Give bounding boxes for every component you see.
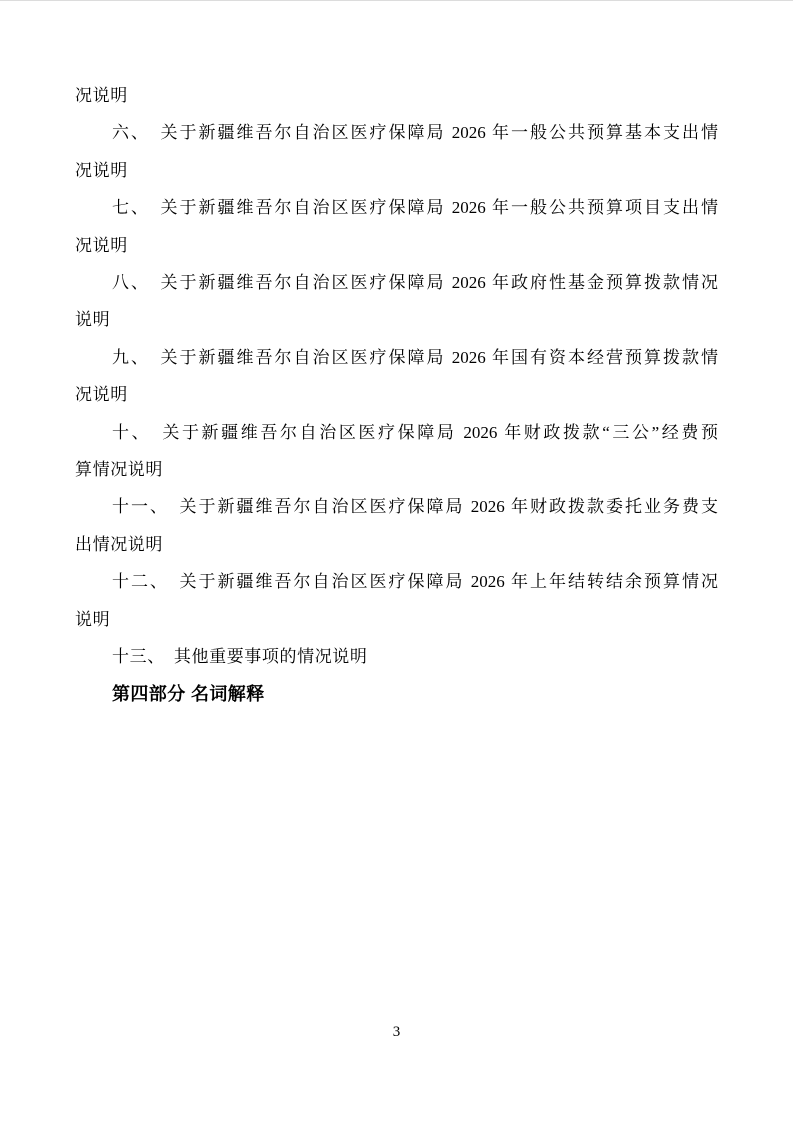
toc-item-5-continuation: 况说明 — [75, 77, 718, 114]
page-top-edge — [0, 0, 793, 1]
table-of-contents: 况说明 六、 关于新疆维吾尔自治区医疗保障局 2026 年一般公共预算基本支出情… — [75, 77, 718, 713]
page-number: 3 — [0, 1023, 793, 1041]
document-page: 况说明 六、 关于新疆维吾尔自治区医疗保障局 2026 年一般公共预算基本支出情… — [0, 0, 793, 1122]
toc-item-8-line1: 八、 关于新疆维吾尔自治区医疗保障局 2026 年政府性基金预算拨款情况 — [75, 264, 718, 301]
toc-item-6-line2: 况说明 — [75, 152, 718, 189]
toc-item-8-line2: 说明 — [75, 301, 718, 338]
toc-item-13: 十三、 其他重要事项的情况说明 — [75, 638, 718, 675]
section-heading-part4: 第四部分 名词解释 — [75, 676, 718, 713]
toc-item-11-line2: 出情况说明 — [75, 526, 718, 563]
toc-item-12-line1: 十二、 关于新疆维吾尔自治区医疗保障局 2026 年上年结转结余预算情况 — [75, 563, 718, 600]
toc-item-7-line2: 况说明 — [75, 227, 718, 264]
toc-item-9-line2: 况说明 — [75, 376, 718, 413]
toc-item-10-line2: 算情况说明 — [75, 451, 718, 488]
toc-item-11-line1: 十一、 关于新疆维吾尔自治区医疗保障局 2026 年财政拨款委托业务费支 — [75, 488, 718, 525]
toc-item-9-line1: 九、 关于新疆维吾尔自治区医疗保障局 2026 年国有资本经营预算拨款情 — [75, 339, 718, 376]
toc-item-6-line1: 六、 关于新疆维吾尔自治区医疗保障局 2026 年一般公共预算基本支出情 — [75, 114, 718, 151]
toc-item-7-line1: 七、 关于新疆维吾尔自治区医疗保障局 2026 年一般公共预算项目支出情 — [75, 189, 718, 226]
toc-item-12-line2: 说明 — [75, 601, 718, 638]
toc-item-10-line1: 十、 关于新疆维吾尔自治区医疗保障局 2026 年财政拨款“三公”经费预 — [75, 414, 718, 451]
